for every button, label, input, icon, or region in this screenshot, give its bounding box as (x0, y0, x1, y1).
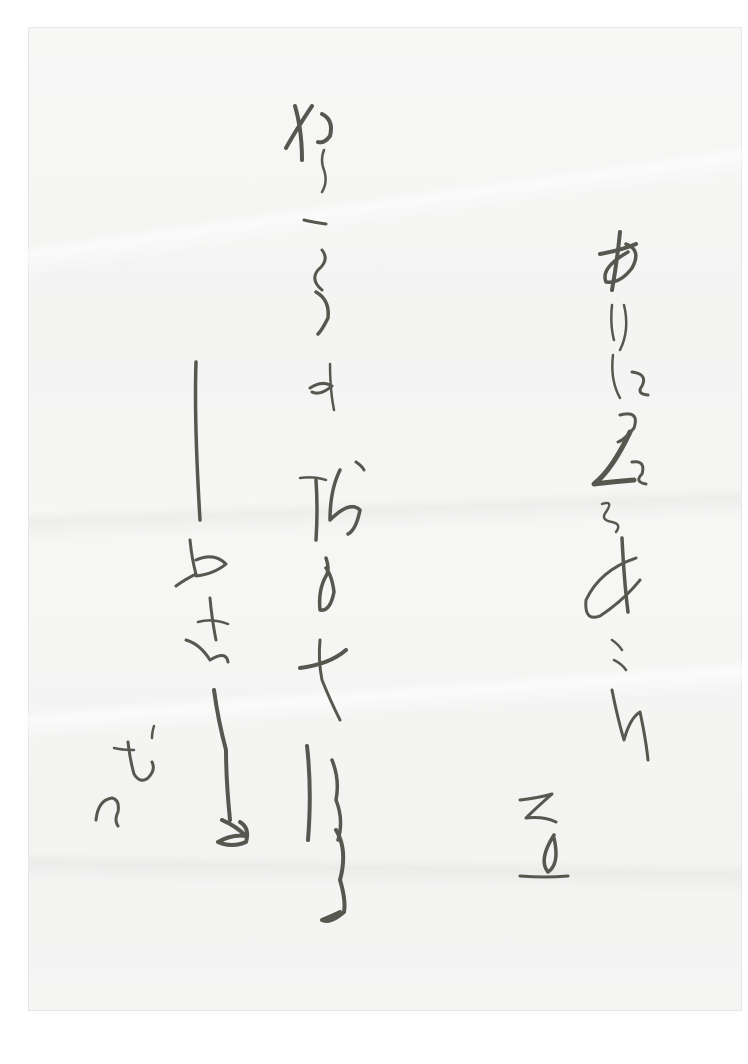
calligraphy-ink-layer (0, 0, 748, 1064)
column-left-center (176, 362, 247, 845)
column-right (520, 232, 648, 877)
column-far-left (96, 726, 154, 826)
column-center (286, 106, 364, 921)
